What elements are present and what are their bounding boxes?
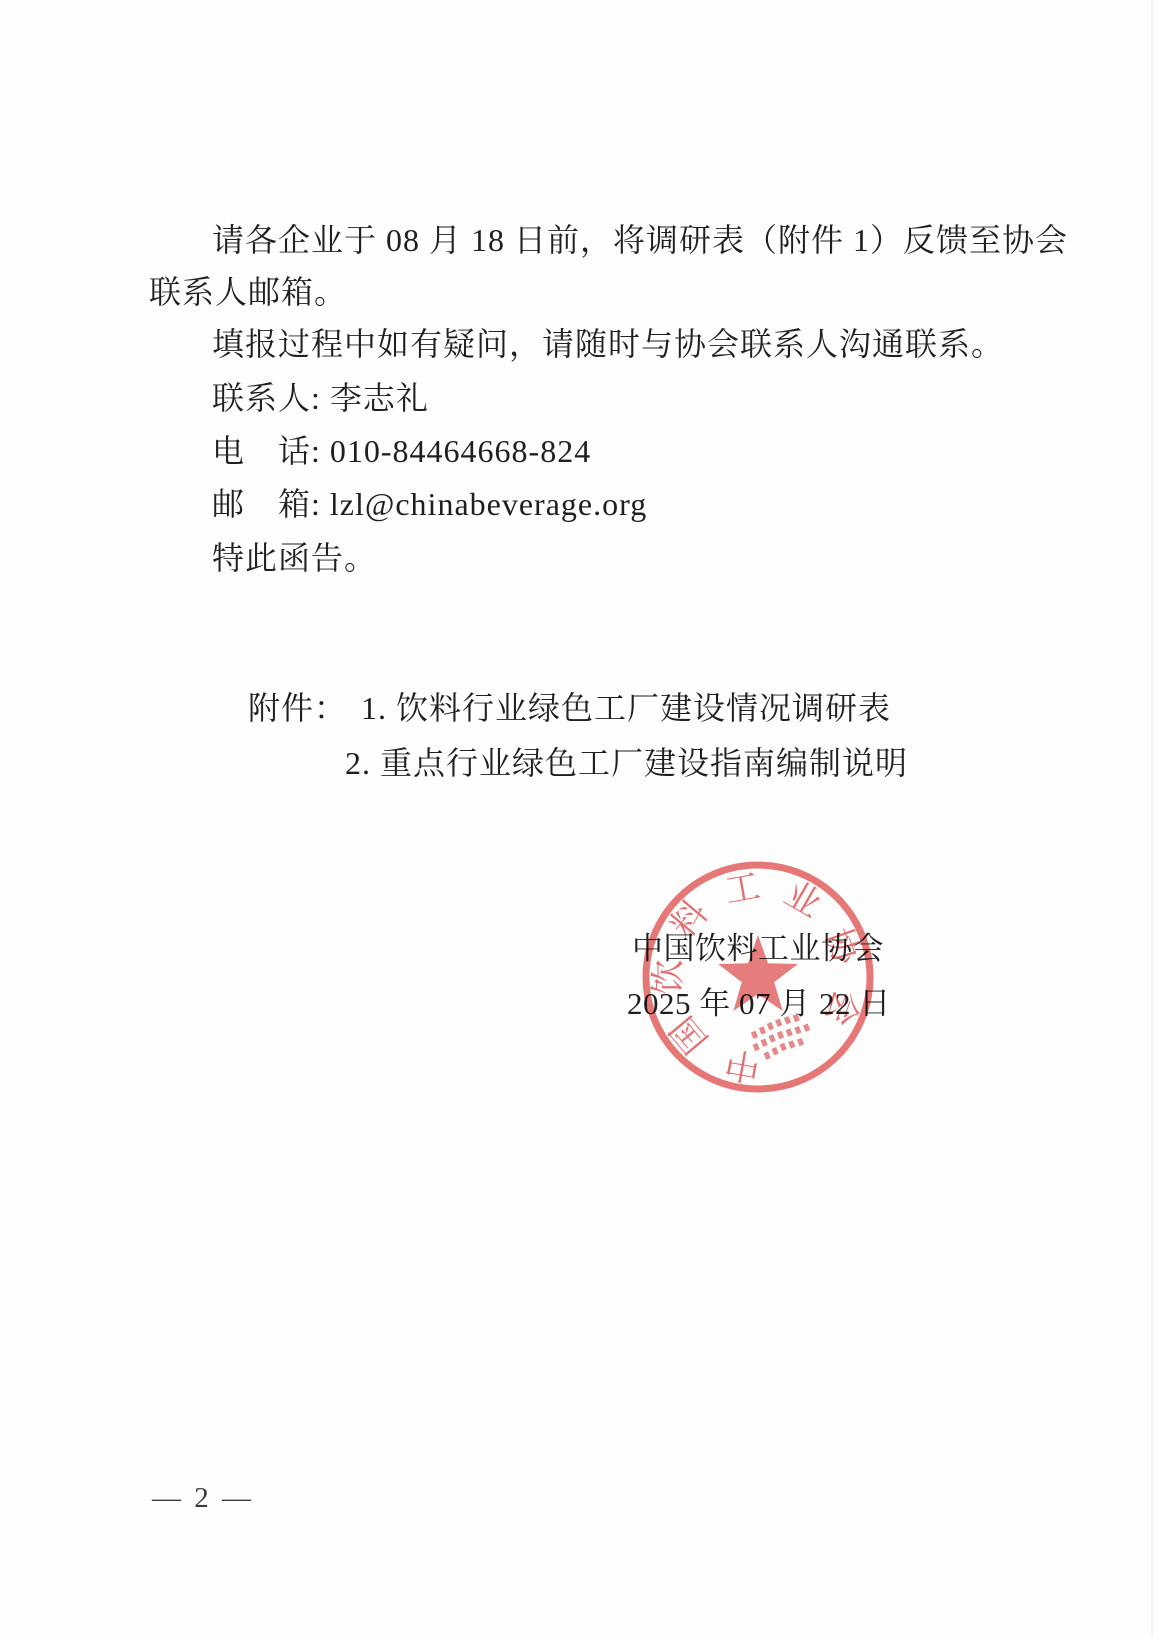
signature-date: 2025 年 07 月 22 日: [627, 984, 891, 1024]
contact-person-line: 联系人: 李志礼: [212, 378, 429, 418]
official-seal-stamp: 中 国 饮 料 工 业 协 会: [626, 843, 896, 1113]
seal-char: 中: [722, 1043, 763, 1087]
contact-email-line: 邮 箱: lzl@chinabeverage.org: [212, 484, 647, 524]
page-number: — 2 —: [152, 1478, 254, 1518]
attachments-row-2: 2. 重点行业绿色工厂建设指南编制说明: [309, 703, 908, 823]
document-page: 请各企业于 08 月 18 日前，将调研表（附件 1）反馈至协会 联系人邮箱。 …: [0, 0, 1157, 1638]
contact-phone-line: 电 话: 010-84464668-824: [212, 431, 591, 471]
closing-line: 特此函告。: [212, 538, 377, 578]
paragraph-questions: 填报过程中如有疑问，请随时与协会联系人沟通联系。: [212, 324, 1004, 364]
scan-edge-artifact: [1151, 0, 1153, 1638]
seal-char: 工: [722, 867, 763, 911]
attachment-item-2: 2. 重点行业绿色工厂建设指南编制说明: [345, 745, 908, 781]
seal-ring: [646, 865, 870, 1089]
seal-char: 业: [778, 874, 828, 925]
signature-organization: 中国饮料工业协会: [632, 929, 884, 969]
paragraph-deadline-line1: 请各企业于 08 月 18 日前，将调研表（附件 1）反馈至协会: [212, 220, 1068, 260]
paragraph-deadline-line2: 联系人邮箱。: [149, 272, 347, 312]
